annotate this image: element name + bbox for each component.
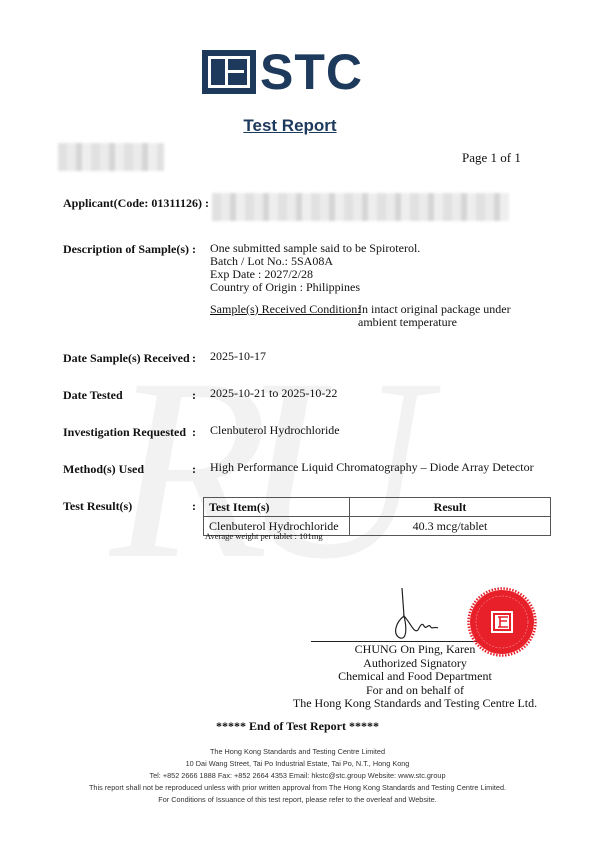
origin-line: Country of Origin : Philippines <box>210 281 420 294</box>
header-result: Result <box>350 498 551 517</box>
stc-emblem-icon <box>202 50 256 94</box>
footer-conditions: For Conditions of Issuance of this test … <box>0 794 595 806</box>
method-value: High Performance Liquid Chromatography –… <box>210 461 534 474</box>
signatory-department: Chemical and Food Department <box>290 670 540 684</box>
description-value: One submitted sample said to be Spiroter… <box>210 242 420 294</box>
report-title: Test Report <box>0 116 580 136</box>
method-label: Method(s) Used <box>63 462 144 477</box>
applicant-label: Applicant(Code: 01311126) : <box>63 196 209 211</box>
colon: : <box>192 351 196 366</box>
footer-disclaimer: This report shall not be reproduced unle… <box>0 782 595 794</box>
condition-line: ambient temperature <box>358 316 511 329</box>
date-received-label: Date Sample(s) Received <box>63 351 190 366</box>
investigation-value: Clenbuterol Hydrochloride <box>210 424 340 437</box>
investigation-label: Investigation Requested <box>63 425 186 440</box>
table-header-row: Test Item(s) Result <box>204 498 551 517</box>
date-tested-value: 2025-10-21 to 2025-10-22 <box>210 387 337 400</box>
condition-value: In intact original package under ambient… <box>358 303 511 329</box>
test-result-label: Test Result(s) <box>63 499 132 514</box>
signatory-behalf: For and on behalf of <box>290 684 540 698</box>
logo-text: STC <box>260 50 363 94</box>
description-label: Description of Sample(s) <box>63 242 189 257</box>
signature <box>378 586 448 646</box>
end-of-report: ***** End of Test Report ***** <box>0 719 595 734</box>
footer-company: The Hong Kong Standards and Testing Cent… <box>0 746 595 758</box>
footer-address: 10 Dai Wang Street, Tai Po Industrial Es… <box>0 758 595 770</box>
footer: The Hong Kong Standards and Testing Cent… <box>0 746 595 806</box>
signatory-block: CHUNG On Ping, Karen Authorized Signator… <box>290 643 540 711</box>
redacted-applicant <box>212 193 509 221</box>
colon: : <box>192 388 196 403</box>
date-received-value: 2025-10-17 <box>210 350 266 363</box>
colon: : <box>192 425 196 440</box>
colon: : <box>192 462 196 477</box>
redacted-reference <box>58 143 164 171</box>
colon: : <box>192 499 196 514</box>
stc-logo: STC <box>202 50 363 94</box>
colon: : <box>192 242 196 257</box>
date-tested-label: Date Tested <box>63 388 123 403</box>
footer-contact: Tel: +852 2666 1888 Fax: +852 2664 4353 … <box>0 770 595 782</box>
condition-label: Sample(s) Received Condition: <box>210 303 361 316</box>
page-indicator: Page 1 of 1 <box>462 150 521 166</box>
signatory-name: CHUNG On Ping, Karen <box>290 643 540 657</box>
average-weight-note: Average weight per tablet : 101mg <box>205 531 323 541</box>
cell-result: 40.3 mcg/tablet <box>350 517 551 536</box>
signatory-title: Authorized Signatory <box>290 657 540 671</box>
header-test-item: Test Item(s) <box>204 498 350 517</box>
signatory-company: The Hong Kong Standards and Testing Cent… <box>290 697 540 711</box>
